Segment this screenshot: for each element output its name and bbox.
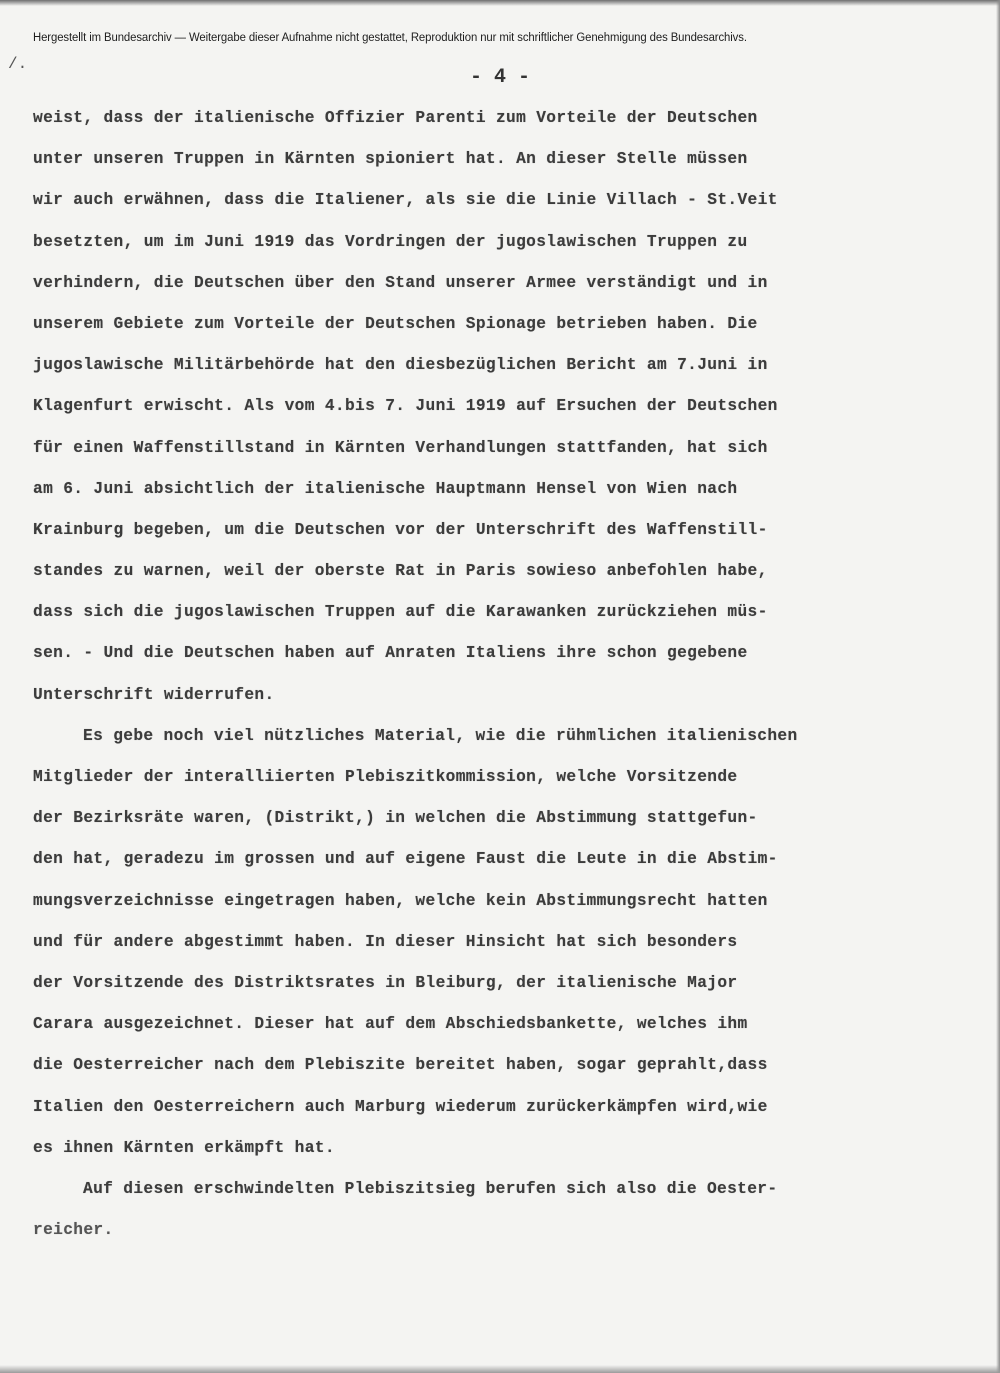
- page-number: - 4 -: [0, 66, 1000, 89]
- text-line: verhindern, die Deutschen über den Stand…: [33, 270, 993, 311]
- text-line: Carara ausgezeichnet. Dieser hat auf dem…: [33, 1011, 993, 1052]
- text-line: unter unseren Truppen in Kärnten spionie…: [33, 146, 993, 187]
- text-line: Mitglieder der interalliierten Plebiszit…: [33, 764, 993, 805]
- paragraph-2: Es gebe noch viel nützliches Material, w…: [33, 723, 993, 1176]
- text-line: es ihnen Kärnten erkämpft hat.: [33, 1135, 993, 1176]
- text-line: Unterschrift widerrufen.: [33, 682, 993, 723]
- text-line: standes zu warnen, weil der oberste Rat …: [33, 558, 993, 599]
- scan-edge-right: [996, 0, 1000, 1373]
- text-line: Auf diesen erschwindelten Plebiszitsieg …: [33, 1176, 993, 1217]
- text-line: der Bezirksräte waren, (Distrikt,) in we…: [33, 805, 993, 846]
- text-line: am 6. Juni absichtlich der italienische …: [33, 476, 993, 517]
- text-line: unserem Gebiete zum Vorteile der Deutsch…: [33, 311, 993, 352]
- text-line: den hat, geradezu im grossen und auf eig…: [33, 846, 993, 887]
- text-line: dass sich die jugoslawischen Truppen auf…: [33, 599, 993, 640]
- text-line: weist, dass der italienische Offizier Pa…: [33, 105, 993, 146]
- text-line: Krainburg begeben, um die Deutschen vor …: [33, 517, 993, 558]
- scan-edge-top: [0, 0, 1000, 6]
- text-line: und für andere abgestimmt haben. In dies…: [33, 929, 993, 970]
- text-line: jugoslawische Militärbehörde hat den die…: [33, 352, 993, 393]
- archive-notice: Hergestellt im Bundesarchiv — Weitergabe…: [33, 30, 747, 44]
- text-line: Es gebe noch viel nützliches Material, w…: [33, 723, 993, 764]
- text-line: der Vorsitzende des Distriktsrates in Bl…: [33, 970, 993, 1011]
- document-body: weist, dass der italienische Offizier Pa…: [33, 105, 993, 1258]
- text-line: für einen Waffenstillstand in Kärnten Ve…: [33, 435, 993, 476]
- paragraph-3: Auf diesen erschwindelten Plebiszitsieg …: [33, 1176, 993, 1258]
- scan-edge-bottom: [0, 1365, 1000, 1373]
- text-line: die Oesterreicher nach dem Plebiszite be…: [33, 1052, 993, 1093]
- paragraph-1: weist, dass der italienische Offizier Pa…: [33, 105, 993, 723]
- text-line: Klagenfurt erwischt. Als vom 4.bis 7. Ju…: [33, 393, 993, 434]
- text-line: Italien den Oesterreichern auch Marburg …: [33, 1094, 993, 1135]
- text-line: reicher.: [33, 1217, 993, 1258]
- text-line: besetzten, um im Juni 1919 das Vordringe…: [33, 229, 993, 270]
- text-line: wir auch erwähnen, dass die Italiener, a…: [33, 187, 993, 228]
- text-line: sen. - Und die Deutschen haben auf Anrat…: [33, 640, 993, 681]
- text-line: mungsverzeichnisse eingetragen haben, we…: [33, 888, 993, 929]
